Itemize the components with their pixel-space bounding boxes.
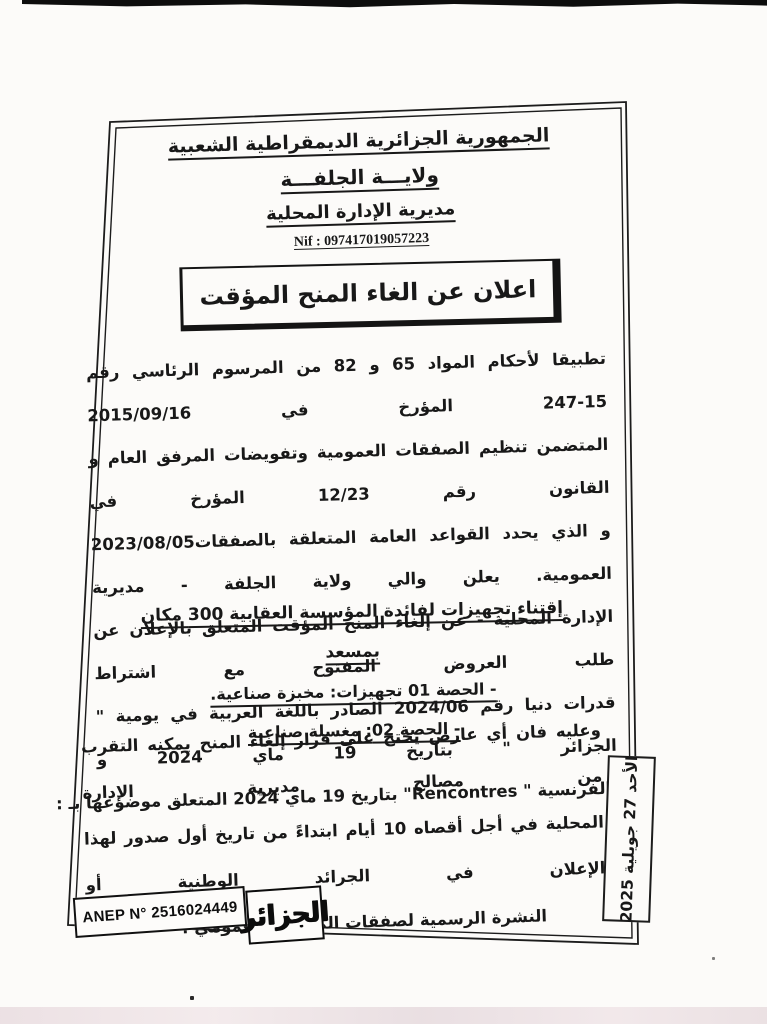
newspaper-logo-box: الجزائر — [245, 885, 325, 944]
scanned-notice-page: الجمهورية الجزائرية الديمقراطية الشعبية … — [0, 0, 767, 1024]
notice-title: اعلان عن الغاء المنح المؤقت — [199, 275, 536, 311]
body-line: المتضمن تنظيم الصفقات العمومية وتفويضات … — [88, 423, 610, 523]
ink-speck — [712, 957, 715, 960]
body-line: تطبيقا لأحكام المواد 65 و 82 من المرسوم … — [85, 337, 607, 437]
header-directorate-line: مديرية الإدارة المحلية — [150, 195, 570, 228]
notice-title-box: اعلان عن الغاء المنح المؤقت — [179, 259, 561, 332]
anep-number: ANEP N° 2516024449 — [82, 898, 238, 926]
republic-header: الجمهورية الجزائرية الديمقراطية الشعبية … — [148, 124, 571, 255]
header-wilaya-line: ولايـــة الجلفـــة — [149, 159, 570, 195]
publication-date: الأحد 27 جويلية 2025 — [617, 755, 641, 922]
publication-date-box: الأحد 27 جويلية 2025 — [602, 755, 656, 923]
subject-heading: إقتناء تجهيزات لفائدة المؤسسة العقابية 3… — [137, 588, 568, 676]
closing-line: وعليه فان أي عارض يحتج على قرار إلغاء ال… — [80, 707, 603, 816]
ink-speck — [190, 996, 194, 1000]
scan-bottom-edge-artifact — [0, 1007, 767, 1024]
body-line-date: 2023/08/05 — [90, 520, 195, 566]
newspaper-logo: الجزائر — [240, 896, 330, 934]
